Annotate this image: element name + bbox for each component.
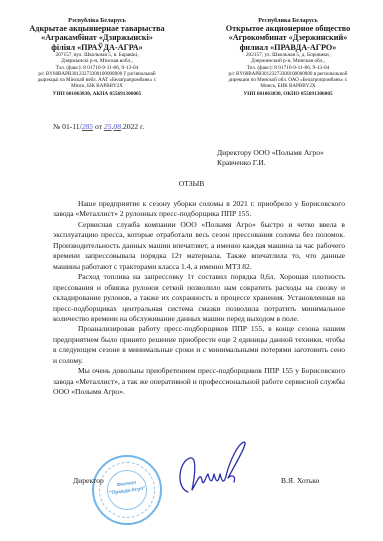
ref-month-handwritten: 08	[113, 122, 121, 131]
ref-day-handwritten: 25	[104, 122, 112, 131]
ref-number-handwritten: 285	[82, 122, 93, 131]
org-name-line: филиал «ПРАВДА-АГРО»	[213, 43, 363, 52]
addressee-name: Кравченко Г.И.	[217, 158, 324, 168]
country-label: Республика Беларусь	[213, 17, 363, 24]
ref-from-label: от	[93, 122, 104, 131]
org-name-line: Открытое акционерное общество	[213, 24, 363, 33]
org-name-line: «Агракамбінат «Дзяржынскі»	[22, 33, 172, 42]
registration-ids: УНП 601063830, ОКПО 055691306005	[213, 91, 363, 97]
letterhead-russian: Республика Беларусь Открытое акционерное…	[213, 17, 363, 97]
body-paragraph: Наше предприятие к сезону уборки соломы …	[53, 199, 345, 220]
signatory-role: Директор	[73, 476, 104, 485]
bank-line: Минск, БИК BAPBBY2X	[213, 83, 363, 89]
body-paragraph: Проанализировав работу пресс-подборщиков…	[53, 324, 345, 366]
ref-prefix: № 01-11/	[53, 122, 82, 131]
ref-year: .2022 г.	[121, 122, 144, 131]
body-paragraph: Расход топлива на запрессовку 1т состави…	[53, 272, 345, 324]
letter-body: Наше предприятие к сезону уборки соломы …	[53, 199, 345, 398]
handwritten-signature-icon	[168, 440, 253, 500]
body-paragraph: Сервисная служба компании ООО «Полымя Аг…	[53, 220, 345, 272]
registration-ids: УНП 601063830, АКПА 055691306005	[22, 91, 172, 97]
document-title: ОТЗЫВ	[0, 179, 383, 188]
addressee-block: Директору ООО «Полымя Агро» Кравченко Г.…	[217, 148, 324, 168]
country-label: Рэспубліка Беларусь	[22, 17, 172, 24]
bank-line: Мінск, БІК BAPBBY2X	[22, 83, 172, 89]
org-name-line: Адкрытае акцыянернае таварыства	[22, 24, 172, 33]
letterhead-belarusian: Рэспубліка Беларусь Адкрытае акцыянернае…	[22, 17, 172, 97]
org-name-line: «Агрокомбинат «Дзержинский»	[213, 33, 363, 42]
org-name-line: філіял «ПРАЎДА-АГРА»	[22, 43, 172, 52]
addressee-title: Директору ООО «Полымя Агро»	[217, 148, 324, 158]
letter-page: Рэспубліка Беларусь Адкрытае акцыянернае…	[0, 0, 383, 541]
reference-number-line: № 01-11/285 от 25.08.2022 г.	[53, 122, 144, 131]
body-paragraph: Мы очень довольны приобретением пресс-по…	[53, 366, 345, 397]
signatory-name: В.Я. Хотько	[281, 476, 319, 485]
official-stamp: Филиал "Правда-Агро"	[92, 455, 162, 525]
